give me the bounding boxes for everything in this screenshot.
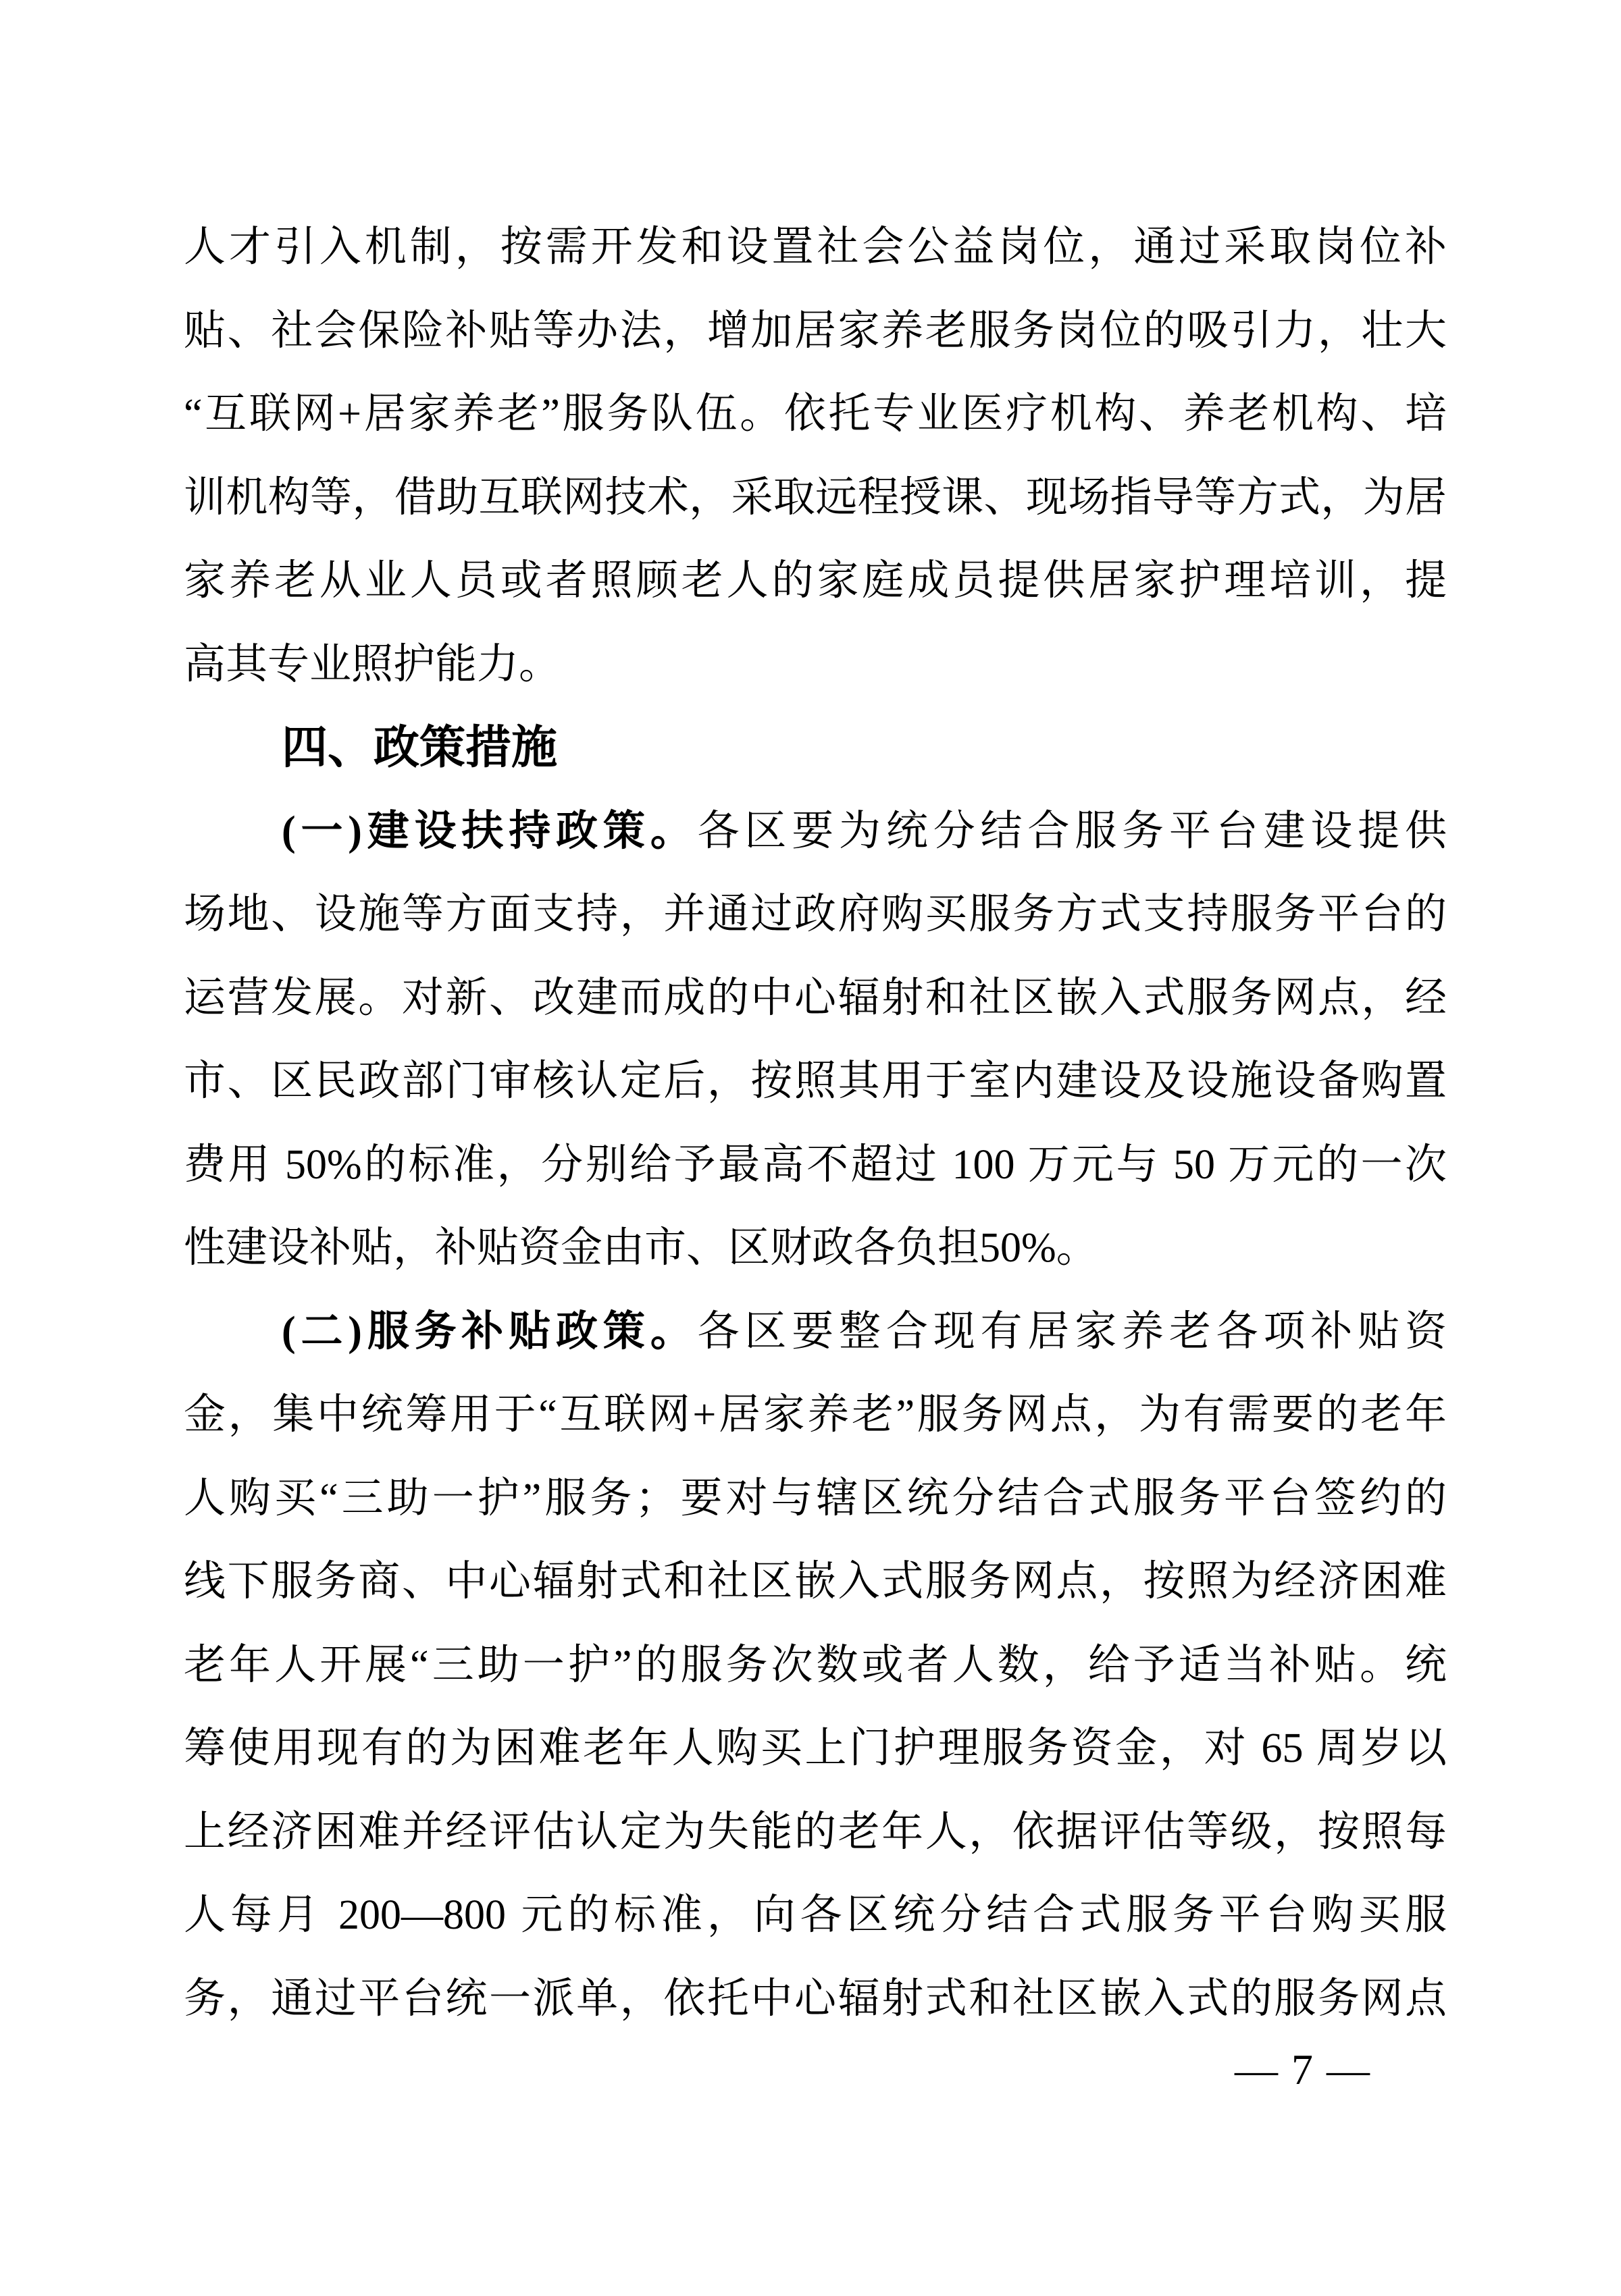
paragraph: (二)服务补贴政策。各区要整合现有居家养老各项补贴资金，集中统筹用于“互联网+居… <box>184 1290 1447 2041</box>
text-line: 训机构等，借助互联网技术，采取远程授课、现场指导等方式，为居 <box>184 456 1447 540</box>
text-line: “互联网+居家养老”服务队伍。依托专业医疗机构、养老机构、培 <box>184 373 1447 456</box>
body-text: 贴、社会保险补贴等办法，增加居家养老服务岗位的吸引力，壮大 <box>184 308 1447 354</box>
body-text: 金，集中统筹用于“互联网+居家养老”服务网点，为有需要的老年 <box>184 1392 1447 1438</box>
body-text: 运营发展。对新、改建而成的中心辐射和社区嵌入式服务网点，经 <box>184 975 1447 1021</box>
text-line: (二)服务补贴政策。各区要整合现有居家养老各项补贴资 <box>184 1290 1447 1374</box>
text-line: 市、区民政部门审核认定后，按照其用于室内建设及设施设备购置 <box>184 1040 1447 1124</box>
body-text: 上经济困难并经评估认定为失能的老年人，依据评估等级，按照每 <box>184 1809 1447 1855</box>
emphasis-text: (二)服务补贴政策。 <box>282 1309 698 1355</box>
text-line: 人每月 200—800 元的标准，向各区统分结合式服务平台购买服 <box>184 1874 1447 1958</box>
body-text: 人购买“三助一护”服务；要对与辖区统分结合式服务平台签约的 <box>184 1476 1447 1521</box>
text-line: 高其专业照护能力。 <box>184 623 1447 707</box>
text-line: 性建设补贴，补贴资金由市、区财政各负担50%。 <box>184 1207 1447 1290</box>
emphasis-text: (一)建设扶持政策。 <box>282 808 698 854</box>
body-text: 场地、设施等方面支持，并通过政府购买服务方式支持服务平台的 <box>184 891 1447 937</box>
text-line: 运营发展。对新、改建而成的中心辐射和社区嵌入式服务网点，经 <box>184 957 1447 1041</box>
body-text: 各区要整合现有居家养老各项补贴资 <box>698 1309 1447 1355</box>
document-page: 人才引入机制，按需开发和设置社会公益岗位，通过采取岗位补贴、社会保险补贴等办法，… <box>0 0 1621 2296</box>
body-text: 老年人开展“三助一护”的服务次数或者人数，给予适当补贴。统 <box>184 1642 1447 1688</box>
text-line: 务，通过平台统一派单，依托中心辐射式和社区嵌入式的服务网点 <box>184 1958 1447 2041</box>
text-line: 费用 50%的标准，分别给予最高不超过 100 万元与 50 万元的一次 <box>184 1124 1447 1207</box>
paragraph: (一)建设扶持政策。各区要为统分结合服务平台建设提供场地、设施等方面支持，并通过… <box>184 790 1447 1290</box>
text-line: 老年人开展“三助一护”的服务次数或者人数，给予适当补贴。统 <box>184 1624 1447 1708</box>
section-heading: 四、政策措施 <box>184 706 1447 790</box>
body-text: 训机构等，借助互联网技术，采取远程授课、现场指导等方式，为居 <box>184 475 1447 521</box>
text-line: 人购买“三助一护”服务；要对与辖区统分结合式服务平台签约的 <box>184 1457 1447 1541</box>
text-line: 场地、设施等方面支持，并通过政府购买服务方式支持服务平台的 <box>184 873 1447 957</box>
body-text: 筹使用现有的为困难老年人购买上门护理服务资金，对 65 周岁以 <box>184 1725 1447 1771</box>
body-text: 市、区民政部门审核认定后，按照其用于室内建设及设施设备购置 <box>184 1058 1447 1104</box>
body-text: 务，通过平台统一派单，依托中心辐射式和社区嵌入式的服务网点 <box>184 1976 1447 2022</box>
text-line: 上经济困难并经评估认定为失能的老年人，依据评估等级，按照每 <box>184 1791 1447 1875</box>
body-text: “互联网+居家养老”服务队伍。依托专业医疗机构、养老机构、培 <box>184 391 1447 437</box>
body-text: 费用 50%的标准，分别给予最高不超过 100 万元与 50 万元的一次 <box>184 1142 1447 1188</box>
page-number: — 7 — <box>1235 2036 1371 2104</box>
body-text: 线下服务商、中心辐射式和社区嵌入式服务网点，按照为经济困难 <box>184 1559 1447 1604</box>
paragraph: 人才引入机制，按需开发和设置社会公益岗位，通过采取岗位补贴、社会保险补贴等办法，… <box>184 206 1447 706</box>
body-text: 人才引入机制，按需开发和设置社会公益岗位，通过采取岗位补 <box>184 224 1447 270</box>
text-line: 贴、社会保险补贴等办法，增加居家养老服务岗位的吸引力，壮大 <box>184 290 1447 373</box>
section-heading-block: 四、政策措施 <box>184 706 1447 790</box>
body-text: 高其专业照护能力。 <box>184 642 561 687</box>
body-text: 各区要为统分结合服务平台建设提供 <box>698 808 1447 854</box>
text-line: 人才引入机制，按需开发和设置社会公益岗位，通过采取岗位补 <box>184 206 1447 290</box>
text-line: 金，集中统筹用于“互联网+居家养老”服务网点，为有需要的老年 <box>184 1374 1447 1457</box>
text-block: 人才引入机制，按需开发和设置社会公益岗位，通过采取岗位补贴、社会保险补贴等办法，… <box>184 206 1447 2041</box>
body-text: 人每月 200—800 元的标准，向各区统分结合式服务平台购买服 <box>184 1892 1447 1938</box>
body-text: 家养老从业人员或者照顾老人的家庭成员提供居家护理培训，提 <box>184 558 1447 604</box>
text-line: 家养老从业人员或者照顾老人的家庭成员提供居家护理培训，提 <box>184 540 1447 623</box>
emphasis-text: 四、政策措施 <box>282 722 557 773</box>
body-text: 性建设补贴，补贴资金由市、区财政各负担50%。 <box>184 1225 1098 1271</box>
text-line: (一)建设扶持政策。各区要为统分结合服务平台建设提供 <box>184 790 1447 874</box>
text-line: 线下服务商、中心辐射式和社区嵌入式服务网点，按照为经济困难 <box>184 1540 1447 1624</box>
text-line: 筹使用现有的为困难老年人购买上门护理服务资金，对 65 周岁以 <box>184 1707 1447 1791</box>
